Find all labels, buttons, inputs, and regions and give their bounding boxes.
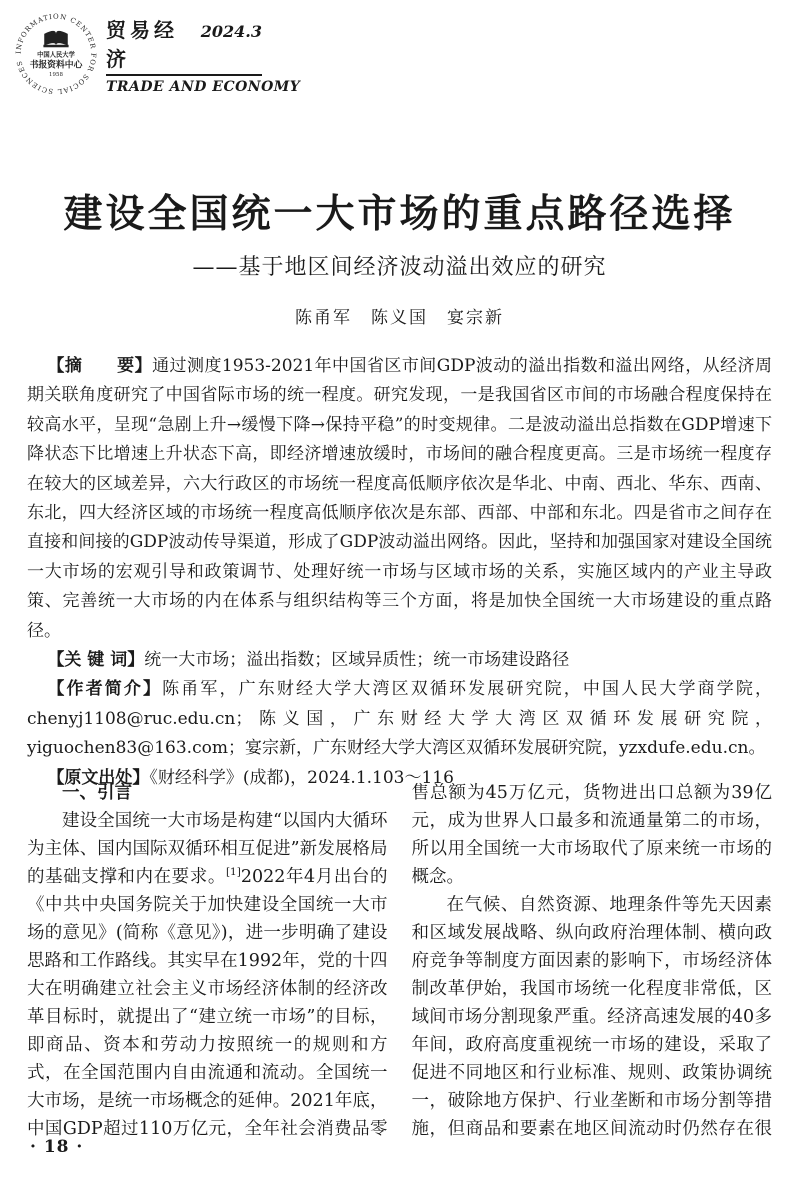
- seal-center-name: 书报资料中心: [30, 58, 84, 70]
- seal-university: 中国人民大学: [37, 50, 75, 59]
- abstract-paragraph: 【摘 要】通过测度1953-2021年中国省区市间GDP波动的溢出指数和溢出网络…: [27, 352, 772, 646]
- keywords-line: 【关 键 词】统一大市场；溢出指数；区域异质性；统一市场建设路径: [27, 646, 772, 675]
- section-heading-introduction: 一、引言: [27, 779, 388, 807]
- keywords-label: 【关 键 词】: [47, 650, 144, 670]
- masthead: INFORMATION CENTER FOR SOCIAL SCIENCES 中…: [14, 12, 262, 96]
- page-number: · 18 ·: [30, 1137, 83, 1157]
- article-body: 一、引言 建设全国统一大市场是构建“以国内大循环为主体、国内国际双循环相互促进”…: [27, 779, 772, 1143]
- journal-issue: 2024.3: [201, 22, 262, 41]
- keywords-text: 统一大市场；溢出指数；区域异质性；统一市场建设路径: [144, 650, 569, 670]
- front-matter: 【摘 要】通过测度1953-2021年中国省区市间GDP波动的溢出指数和溢出网络…: [27, 352, 772, 793]
- footnote-ref-1: [1]: [226, 866, 241, 878]
- journal-name-en: TRADE AND ECONOMY: [106, 79, 262, 95]
- article-title: 建设全国统一大市场的重点路径选择: [0, 183, 799, 239]
- author-bio-label: 【作者简介】: [47, 679, 162, 699]
- abstract-label: 【摘 要】: [47, 356, 152, 376]
- journal-page: INFORMATION CENTER FOR SOCIAL SCIENCES 中…: [0, 0, 799, 1197]
- journal-title-row: 贸易经济 2024.3: [106, 14, 262, 76]
- publisher-seal-icon: INFORMATION CENTER FOR SOCIAL SCIENCES 中…: [14, 12, 98, 96]
- article-subtitle: ——基于地区间经济波动溢出效应的研究: [0, 250, 799, 281]
- seal-year: 1958: [49, 72, 63, 78]
- article-authors: 陈甬军 陈义国 宴宗新: [0, 303, 799, 328]
- journal-name-cn: 贸易经济: [106, 14, 201, 72]
- journal-title-block: 贸易经济 2024.3 TRADE AND ECONOMY: [106, 14, 262, 95]
- author-bio-paragraph: 【作者简介】陈甬军，广东财经大学大湾区双循环发展研究院，中国人民大学商学院，ch…: [27, 675, 772, 763]
- abstract-text: 通过测度1953-2021年中国省区市间GDP波动的溢出指数和溢出网络，从经济周…: [27, 356, 772, 641]
- book-icon: [43, 31, 68, 47]
